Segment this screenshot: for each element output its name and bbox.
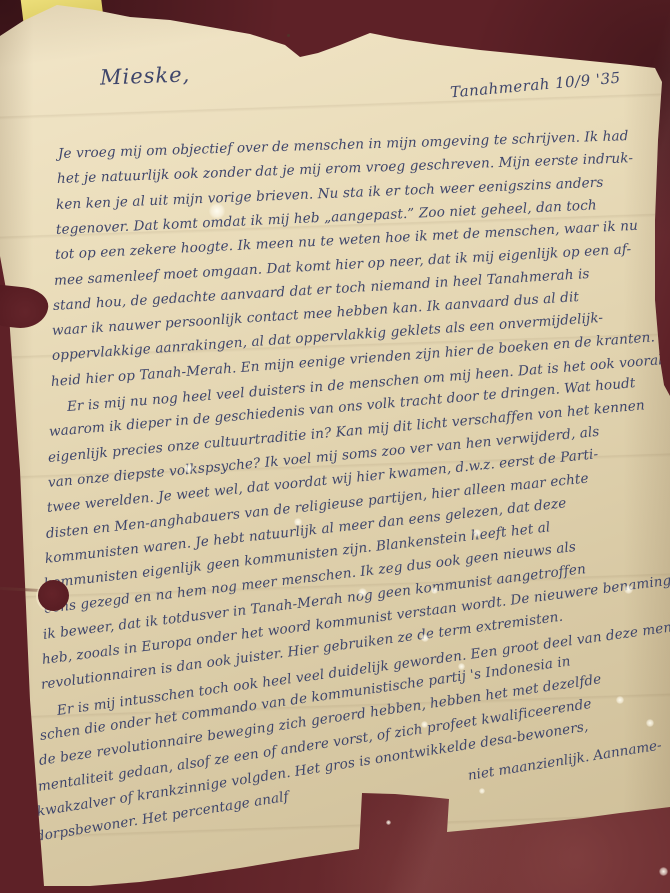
glare-spot xyxy=(659,867,668,876)
glare-spot xyxy=(431,587,438,594)
glare-spot xyxy=(616,696,624,704)
letter-dateline: Tanahmerah 10/9 '35 xyxy=(450,69,622,102)
glare-spot xyxy=(473,529,481,537)
letter-salutation: Mieske, xyxy=(100,62,191,89)
glare-spot xyxy=(624,585,633,594)
punch-hole xyxy=(38,580,69,611)
glare-spot xyxy=(458,663,465,670)
glare-spot xyxy=(421,634,429,642)
framed-letter-photo: Mieske, Tanahmerah 10/9 '35 Je vroeg mij… xyxy=(0,0,670,893)
glare-spot xyxy=(421,721,428,728)
letter-paper: Mieske, Tanahmerah 10/9 '35 Je vroeg mij… xyxy=(0,0,670,893)
glare-spot xyxy=(646,719,654,727)
glare-spot xyxy=(294,518,302,526)
glare-spot xyxy=(209,203,225,219)
glare-spot xyxy=(358,588,367,597)
glare-spot xyxy=(184,464,193,473)
glare-spot xyxy=(479,788,485,794)
paper-speck xyxy=(287,34,290,37)
glare-spot xyxy=(386,820,391,825)
